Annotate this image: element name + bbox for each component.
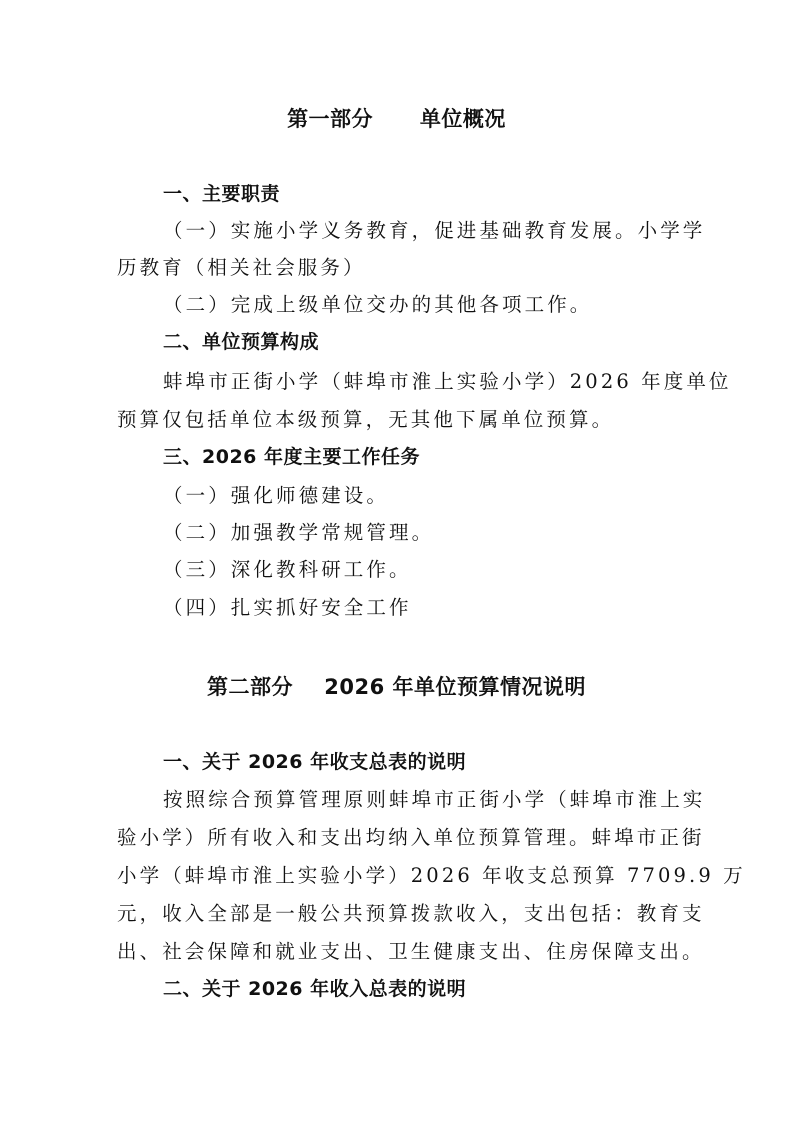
part2-section1-heading: 一、关于 2026 年收支总表的说明: [163, 750, 466, 774]
part1-section2-para-line1: 蚌埠市正街小学（蚌埠市淮上实验小学）2026 年度单位: [163, 370, 732, 394]
document-page: 第一部分 单位概况 一、主要职责 （一）实施小学义务教育，促进基础教育发展。小学…: [0, 0, 793, 1122]
part2-section1-line: 按照综合预算管理原则蚌埠市正街小学（蚌埠市淮上实: [163, 788, 705, 812]
part2-title: 第二部分 2026 年单位预算情况说明: [0, 674, 793, 700]
part1-section1-heading: 一、主要职责: [163, 182, 280, 206]
part1-section3-heading: 三、2026 年度主要工作任务: [163, 445, 420, 469]
part2-section1-line: 验小学）所有收入和支出均纳入单位预算管理。蚌埠市正街: [117, 826, 705, 850]
part2-section1-line: 元，收入全部是一般公共预算拨款收入，支出包括：教育支: [117, 902, 705, 926]
part2-section2-heading: 二、关于 2026 年收入总表的说明: [163, 977, 466, 1001]
task-item: （四）扎实抓好安全工作: [163, 596, 412, 620]
task-item: （二）加强教学常规管理。: [163, 521, 434, 545]
part2-section1-line: 出、社会保障和就业支出、卫生健康支出、住房保障支出。: [117, 940, 705, 964]
part1-title: 第一部分 单位概况: [0, 106, 793, 132]
part1-section1-para2: （二）完成上级单位交办的其他各项工作。: [163, 293, 592, 317]
part2-section1-line: 小学（蚌埠市淮上实验小学）2026 年收支总预算 7709.9 万: [117, 864, 746, 888]
task-item: （一）强化师德建设。: [163, 484, 389, 508]
task-item: （三）深化教科研工作。: [163, 558, 412, 582]
part1-section1-para1-line2: 历教育（相关社会服务）: [117, 256, 366, 280]
part1-section2-heading: 二、单位预算构成: [163, 330, 319, 354]
part1-section1-para1-line1: （一）实施小学义务教育，促进基础教育发展。小学学: [163, 219, 705, 243]
part1-section2-para-line2: 预算仅包括单位本级预算，无其他下属单位预算。: [117, 408, 614, 432]
